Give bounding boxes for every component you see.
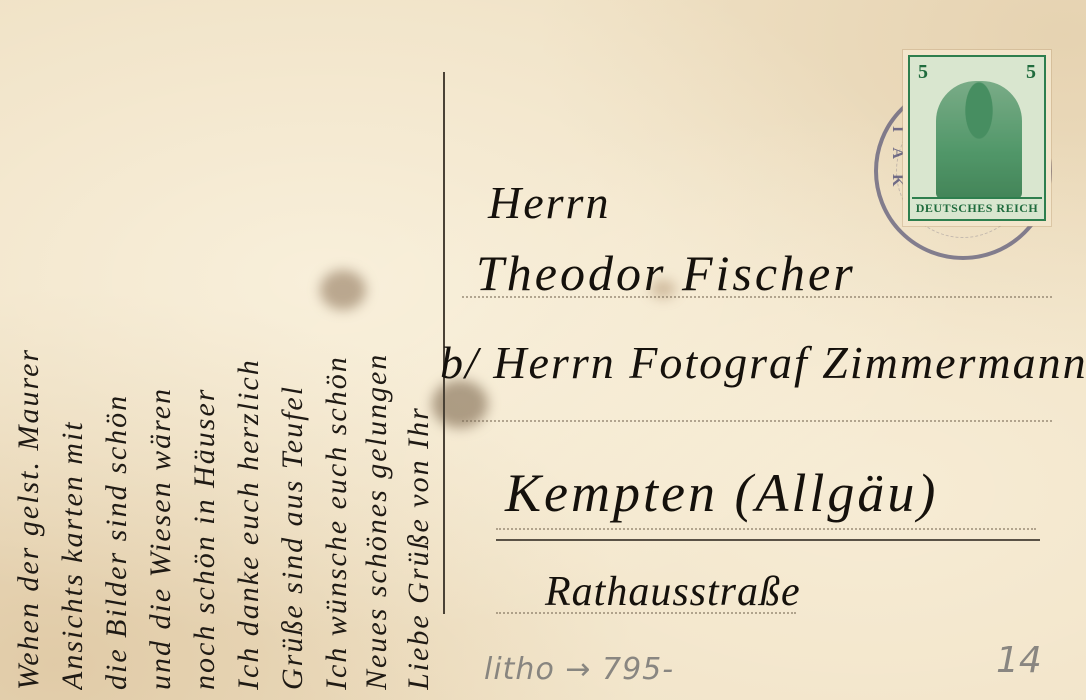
dotted-line: [462, 420, 1052, 422]
message-line: Ansichts karten mit: [56, 10, 90, 690]
address-salutation: Herrn: [488, 176, 610, 229]
dotted-line: [496, 612, 796, 614]
underline: [496, 539, 1040, 541]
message-line: noch schön in Häuser: [188, 10, 222, 690]
message-line: Liebe Grüße von Ihr: [402, 10, 436, 690]
address-name: Theodor Fischer: [476, 244, 856, 302]
message-line: Ich danke euch herzlich: [232, 10, 266, 690]
postcard: Wehen der gelst. Maurer Ansichts karten …: [0, 0, 1086, 700]
postage-stamp: 5 5 DEUTSCHES REICH: [903, 50, 1051, 226]
pencil-number-note: 14: [996, 640, 1042, 681]
address-city: Kempten (Allgäu): [505, 462, 938, 524]
message-line: Ich wünsche euch schön: [320, 10, 354, 690]
stamp-value-left: 5: [918, 61, 928, 84]
address-street: Rathausstraße: [545, 568, 801, 616]
message-line: und die Wiesen wären: [144, 10, 178, 690]
message-line: Grüße sind aus Teufel: [276, 10, 310, 690]
stamp-label: DEUTSCHES REICH: [912, 197, 1042, 216]
handwritten-message: Wehen der gelst. Maurer Ansichts karten …: [8, 10, 438, 690]
germania-figure-icon: [936, 81, 1022, 199]
message-line: die Bilder sind schön: [100, 10, 134, 690]
message-line: Wehen der gelst. Maurer: [12, 10, 46, 690]
dotted-line: [462, 296, 1052, 298]
stamp-frame: 5 5 DEUTSCHES REICH: [908, 55, 1046, 221]
dotted-line: [496, 528, 1036, 530]
stamp-value-right: 5: [1026, 61, 1036, 84]
message-line: Neues schönes gelungen: [360, 10, 394, 690]
address-care-of: b/ Herrn Fotograf Zimmermann: [440, 336, 1086, 389]
pencil-reference-note: litho → 795-: [484, 652, 674, 687]
